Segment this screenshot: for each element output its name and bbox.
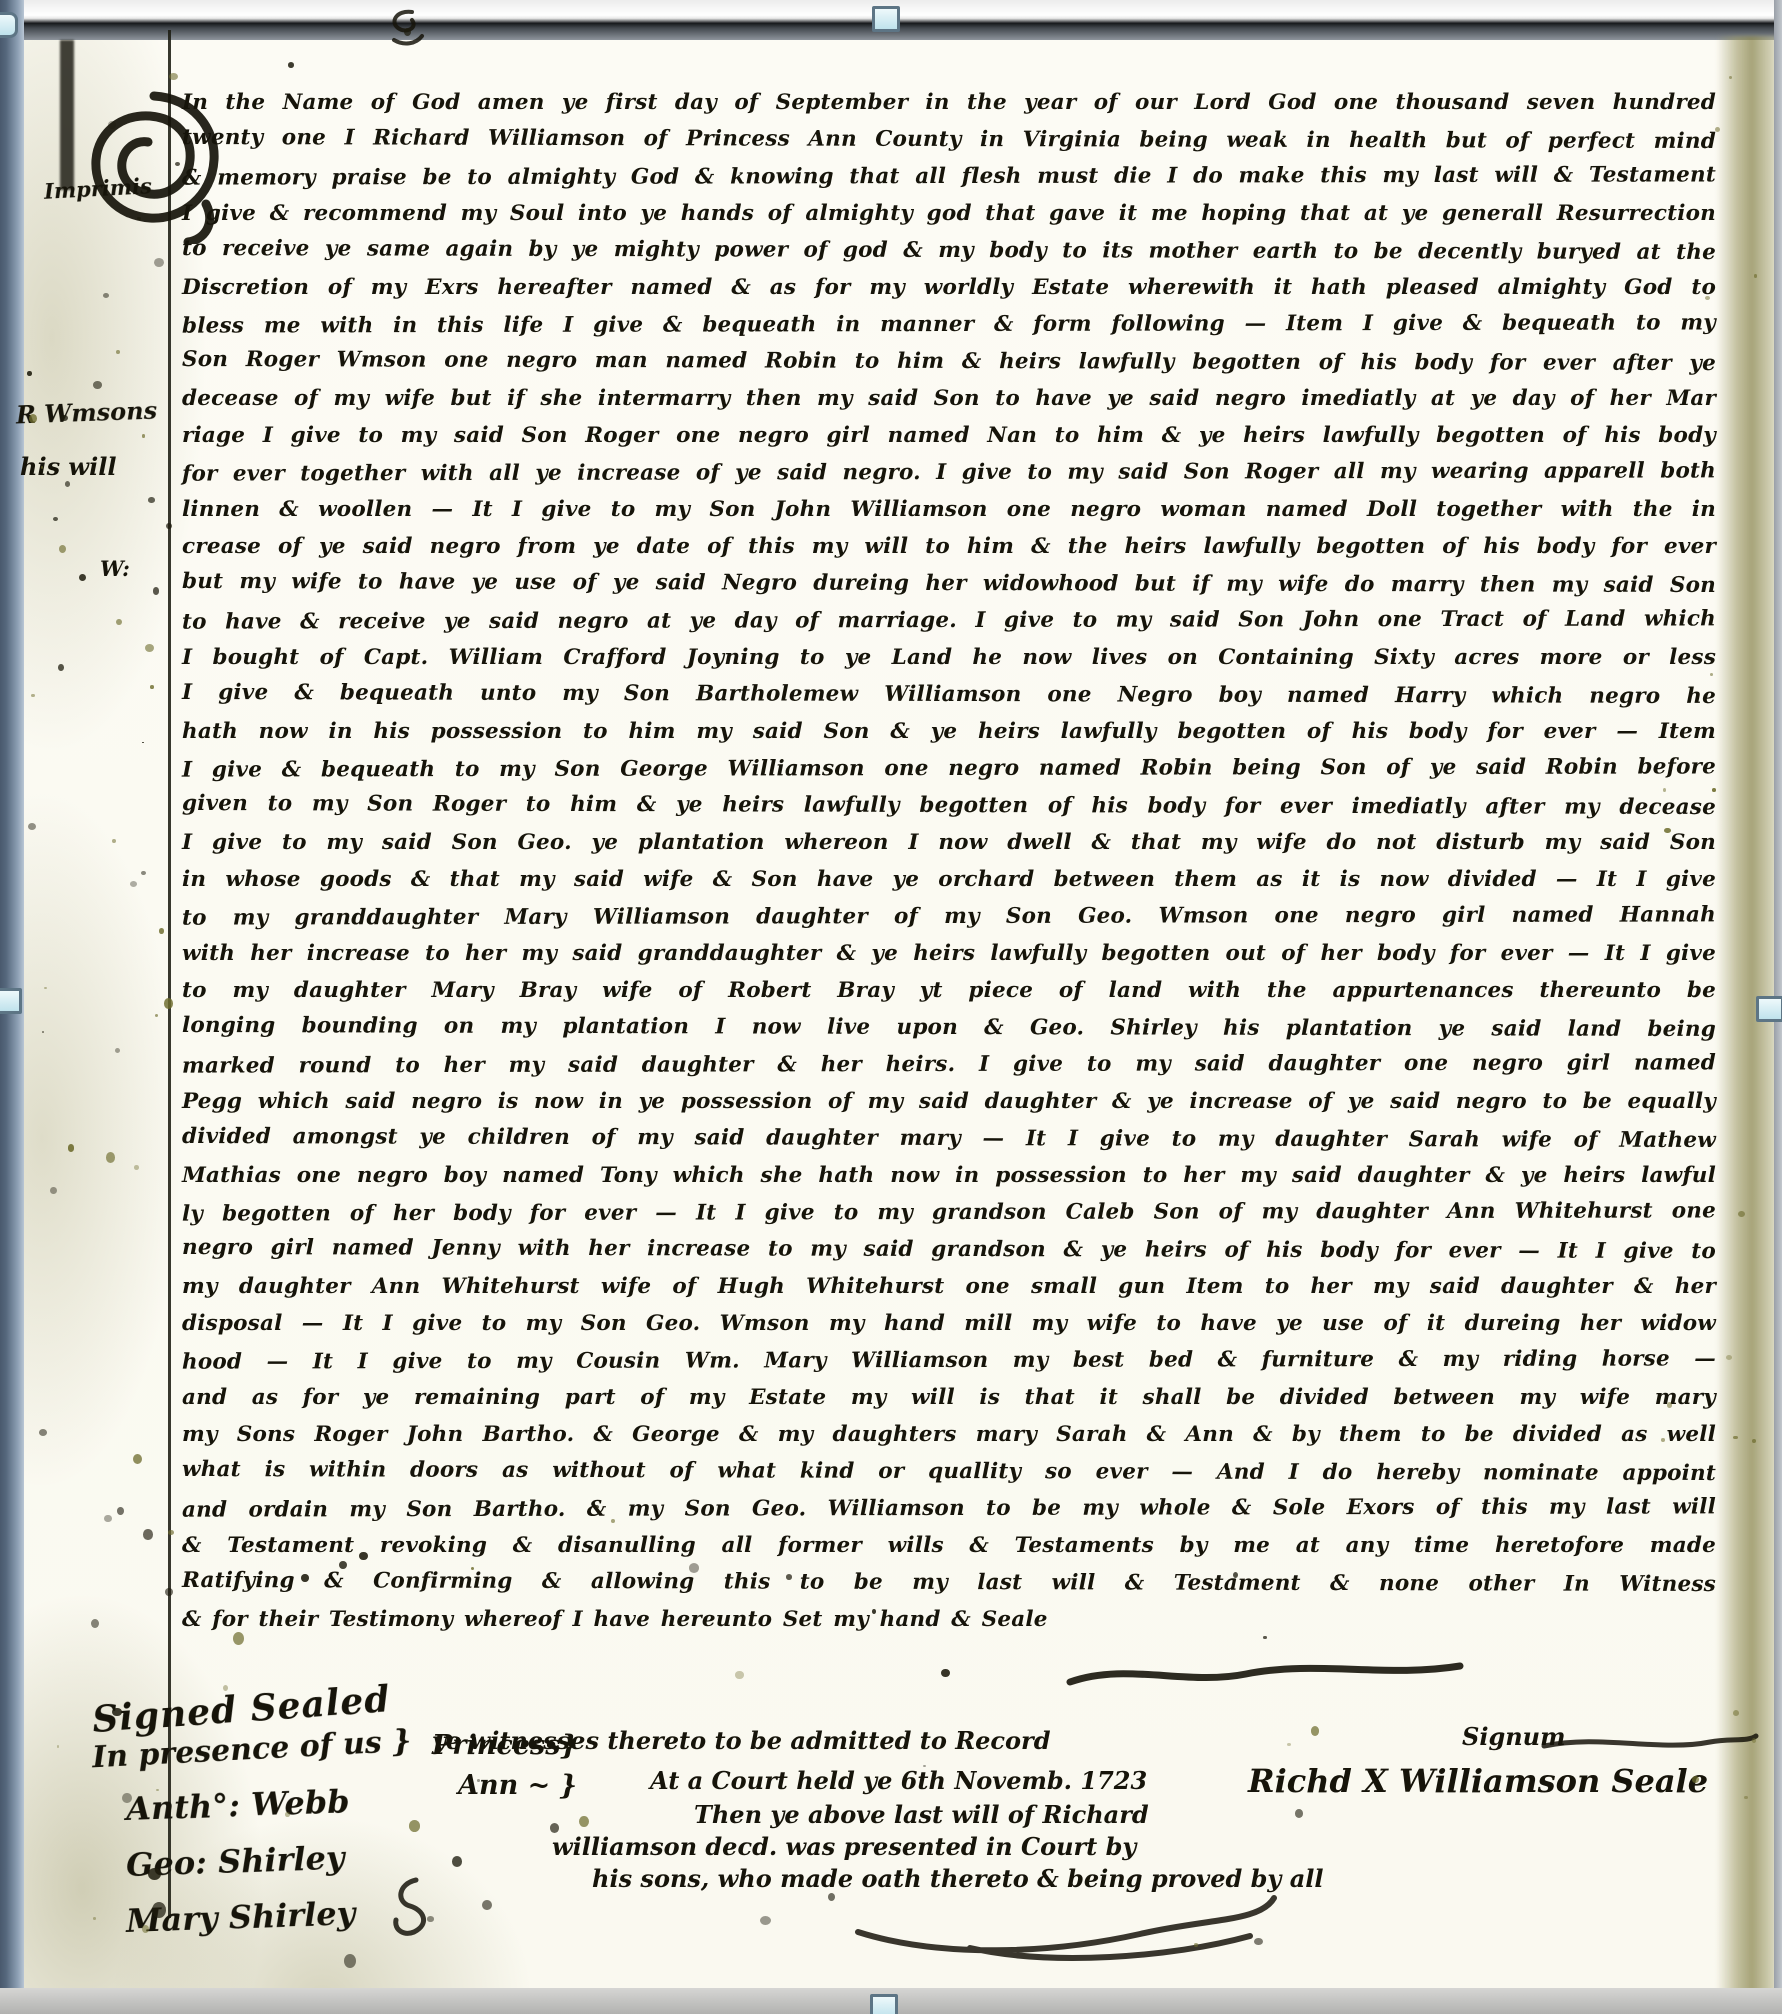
foxing-speck bbox=[344, 1954, 356, 1968]
foxing-speck bbox=[166, 523, 172, 529]
will-body-line: linnen & woollen — It I give to my Son J… bbox=[182, 491, 1716, 528]
will-body-line: & memory praise be to almighty God & kno… bbox=[182, 156, 1716, 196]
foxing-speck bbox=[31, 694, 34, 697]
foxing-speck bbox=[58, 664, 64, 671]
foxing-speck bbox=[79, 574, 86, 581]
foxing-speck bbox=[57, 1745, 60, 1747]
foxing-speck bbox=[1710, 673, 1713, 676]
will-body-line: decease of my wife but if she intermarry… bbox=[182, 380, 1716, 417]
will-body-line: bless me with in this life I give & bequ… bbox=[182, 304, 1716, 344]
will-body-line: to my granddaughter Mary Williamson daug… bbox=[182, 896, 1716, 936]
foxing-speck bbox=[165, 1588, 173, 1596]
paper-edge-shadow bbox=[60, 40, 74, 190]
selection-handle-right[interactable] bbox=[1756, 996, 1782, 1022]
foxing-speck bbox=[427, 1916, 434, 1922]
foxing-speck bbox=[106, 1152, 115, 1163]
foxing-speck bbox=[93, 381, 102, 389]
will-body-line: Mathias one negro boy named Tony which s… bbox=[182, 1157, 1716, 1194]
foxing-speck bbox=[1692, 1776, 1698, 1782]
foxing-speck bbox=[117, 1507, 124, 1515]
manuscript-margin-rule bbox=[168, 30, 171, 1918]
witness-signature: Mary Shirley bbox=[125, 1892, 412, 1940]
will-body-line: divided amongst ye children of my said d… bbox=[182, 1118, 1716, 1159]
will-body-line: crease of ye said negro from ye date of … bbox=[182, 528, 1716, 565]
foxing-speck bbox=[39, 1429, 47, 1436]
foxing-speck bbox=[108, 121, 116, 129]
margin-note-w: W: bbox=[100, 556, 130, 581]
margin-note-owner-2: his will bbox=[20, 452, 116, 481]
court-record-line: Then ye above last will of Richard bbox=[694, 1800, 1149, 1829]
foxing-speck bbox=[50, 1187, 57, 1194]
will-body-line: Pegg which said negro is now in ye posse… bbox=[182, 1083, 1716, 1120]
closing-flourish-line-icon bbox=[1066, 1652, 1466, 1696]
foxing-speck bbox=[122, 1793, 131, 1803]
will-body-line: twenty one I Richard Williamson of Princ… bbox=[182, 119, 1716, 160]
will-body-line: my daughter Ann Whitehurst wife of Hugh … bbox=[182, 1268, 1716, 1305]
will-body-line: but my wife to have ye use of ye said Ne… bbox=[182, 563, 1716, 604]
foxing-speck bbox=[1733, 1710, 1739, 1716]
will-body-line: ly begotten of her body for ever — It I … bbox=[182, 1192, 1716, 1232]
margin-note-owner-1: R Wmsons bbox=[16, 396, 158, 430]
witness-signature: Geo: Shirley bbox=[125, 1836, 412, 1884]
will-body-line: I bought of Capt. William Crafford Joyni… bbox=[182, 639, 1716, 676]
foxing-speck bbox=[44, 987, 46, 989]
selection-handle-bottom[interactable] bbox=[870, 1994, 898, 2014]
foxing-speck bbox=[93, 1917, 96, 1920]
will-body-line: negro girl named Jenny with her increase… bbox=[182, 1229, 1716, 1270]
will-body-line: Discretion of my Exrs hereafter named & … bbox=[182, 269, 1716, 306]
foxing-speck bbox=[53, 517, 58, 521]
foxing-speck bbox=[359, 1552, 367, 1560]
foxing-speck bbox=[735, 1671, 743, 1678]
signum-flourish-icon bbox=[1540, 1728, 1760, 1758]
record-flourish-icon bbox=[850, 1888, 1280, 1966]
will-body-line: I give & bequeath to my Son George Willi… bbox=[182, 748, 1716, 788]
will-body-line: given to my Son Roger to him & ye heirs … bbox=[182, 785, 1716, 826]
bottom-curl-mark-icon bbox=[386, 1876, 438, 1938]
court-record-line: At a Court held ye 6th Novemb. 1723 bbox=[650, 1766, 1147, 1795]
foxing-speck bbox=[68, 1144, 75, 1151]
foxing-speck bbox=[550, 1823, 559, 1833]
foxing-speck bbox=[154, 258, 164, 267]
witness-signature: Anth°: Webb bbox=[125, 1780, 412, 1828]
foxing-speck bbox=[1194, 1943, 1198, 1946]
scanned-will-viewer: In the Name of God amen ye first day of … bbox=[0, 0, 1782, 2014]
will-body-line: & for their Testimony whereof I have her… bbox=[182, 1601, 1716, 1638]
foxing-speck bbox=[116, 619, 122, 626]
selection-handle-left[interactable] bbox=[0, 988, 22, 1014]
testator-signature: Richd X Williamson Seale bbox=[1248, 1762, 1708, 1800]
will-body-line: with her increase to her my said grandda… bbox=[182, 935, 1716, 972]
foxing-speck bbox=[1752, 1738, 1756, 1742]
foxing-speck bbox=[148, 1868, 161, 1880]
foxing-speck bbox=[689, 1563, 699, 1572]
foxing-speck bbox=[137, 217, 140, 221]
foxing-speck bbox=[1233, 1572, 1238, 1578]
foxing-speck bbox=[1752, 1439, 1756, 1443]
foxing-speck bbox=[41, 466, 44, 469]
foxing-speck bbox=[1738, 1211, 1745, 1217]
will-body-text: In the Name of God amen ye first day of … bbox=[182, 84, 1716, 1638]
foxing-speck bbox=[471, 1567, 474, 1570]
will-body-line: my Sons Roger John Bartho. & George & my… bbox=[182, 1416, 1716, 1453]
foxing-speck bbox=[409, 1820, 420, 1832]
will-body-line: marked round to her my said daughter & h… bbox=[182, 1044, 1716, 1084]
foxing-speck bbox=[1263, 1636, 1266, 1640]
foxing-speck bbox=[164, 998, 173, 1009]
will-body-line: to receive ye same again by ye mighty po… bbox=[182, 230, 1716, 271]
foxing-speck bbox=[1744, 1796, 1748, 1799]
foxing-speck bbox=[143, 1529, 152, 1540]
will-body-line: and as for ye remaining part of my Estat… bbox=[182, 1379, 1716, 1416]
foxing-speck bbox=[153, 587, 160, 595]
foxing-speck bbox=[477, 1779, 480, 1782]
foxing-speck bbox=[134, 1165, 139, 1170]
foxing-speck bbox=[159, 928, 164, 933]
foxing-speck bbox=[1295, 1809, 1303, 1817]
foxing-speck bbox=[1661, 1438, 1665, 1442]
foxing-speck bbox=[168, 1530, 174, 1536]
will-body-line: I give & recommend my Soul into ye hands… bbox=[182, 195, 1716, 232]
foxing-speck bbox=[404, 28, 411, 36]
will-body-line: Son Roger Wmson one negro man named Robi… bbox=[182, 341, 1716, 382]
foxing-speck bbox=[786, 1574, 792, 1580]
will-body-line: In the Name of God amen ye first day of … bbox=[182, 84, 1716, 121]
foxing-speck bbox=[130, 881, 137, 887]
foxing-speck bbox=[27, 371, 32, 376]
foxing-speck bbox=[104, 1515, 111, 1522]
foxing-speck bbox=[59, 545, 66, 553]
foxing-speck bbox=[1664, 828, 1671, 833]
foxing-speck bbox=[145, 644, 154, 652]
witness-block: Signed Sealed In presence of us } Anth°:… bbox=[92, 1688, 412, 1935]
will-body-line: I give to my said Son Geo. ye plantation… bbox=[182, 824, 1716, 861]
foxing-speck bbox=[285, 1812, 289, 1817]
foxing-speck bbox=[152, 1902, 166, 1918]
foxing-speck bbox=[452, 1856, 462, 1867]
foxing-speck bbox=[1311, 1726, 1320, 1736]
will-body-line: and ordain my Son Bartho. & my Son Geo. … bbox=[182, 1488, 1716, 1528]
foxing-speck bbox=[301, 1574, 308, 1582]
will-body-line: disposal — It I give to my Son Geo. Wmso… bbox=[182, 1305, 1716, 1342]
foxing-speck bbox=[579, 1816, 589, 1828]
foxing-speck bbox=[91, 1619, 99, 1628]
foxing-speck bbox=[148, 497, 154, 503]
selection-handle-top[interactable] bbox=[872, 6, 900, 32]
foxing-speck bbox=[112, 1708, 122, 1716]
will-body-line: to have & receive ye said negro at ye da… bbox=[182, 600, 1716, 640]
will-body-line: to my daughter Mary Bray wife of Robert … bbox=[182, 972, 1716, 1009]
foxing-speck bbox=[594, 1505, 599, 1509]
foxing-speck bbox=[61, 415, 68, 421]
will-body-line: hood — It I give to my Cousin Wm. Mary W… bbox=[182, 1340, 1716, 1380]
foxing-speck bbox=[1754, 274, 1757, 277]
court-record-line: ye witnesses thereto to be admitted to R… bbox=[432, 1726, 1050, 1755]
selection-handle-top-left[interactable] bbox=[0, 12, 18, 38]
foxing-speck bbox=[1712, 788, 1716, 792]
foxing-speck bbox=[142, 434, 145, 437]
will-body-line: hath now in his possession to him my sai… bbox=[182, 713, 1716, 750]
will-body-line: what is within doors as without of what … bbox=[182, 1451, 1716, 1492]
court-record-line: williamson decd. was presented in Court … bbox=[552, 1832, 1136, 1861]
county-label-line2: Ann ~ } bbox=[458, 1770, 577, 1801]
foxing-speck bbox=[760, 1916, 771, 1925]
foxing-speck bbox=[288, 62, 294, 68]
will-body-line: in whose goods & that my said wife & Son… bbox=[182, 861, 1716, 898]
will-body-line: Ratifying & Confirming & allowing this t… bbox=[182, 1562, 1716, 1603]
will-body-line: & Testament revoking & disanulling all f… bbox=[182, 1527, 1716, 1564]
will-body-line: riage I give to my said Son Roger one ne… bbox=[182, 417, 1716, 454]
foxing-speck bbox=[223, 1685, 228, 1691]
foxing-speck bbox=[1705, 296, 1710, 300]
will-body-line: I give & bequeath unto my Son Bartholeme… bbox=[182, 674, 1716, 715]
will-body-line: longing bounding on my plantation I now … bbox=[182, 1007, 1716, 1048]
will-body-line: for ever together with all ye increase o… bbox=[182, 452, 1716, 492]
foxing-speck bbox=[1715, 127, 1720, 132]
